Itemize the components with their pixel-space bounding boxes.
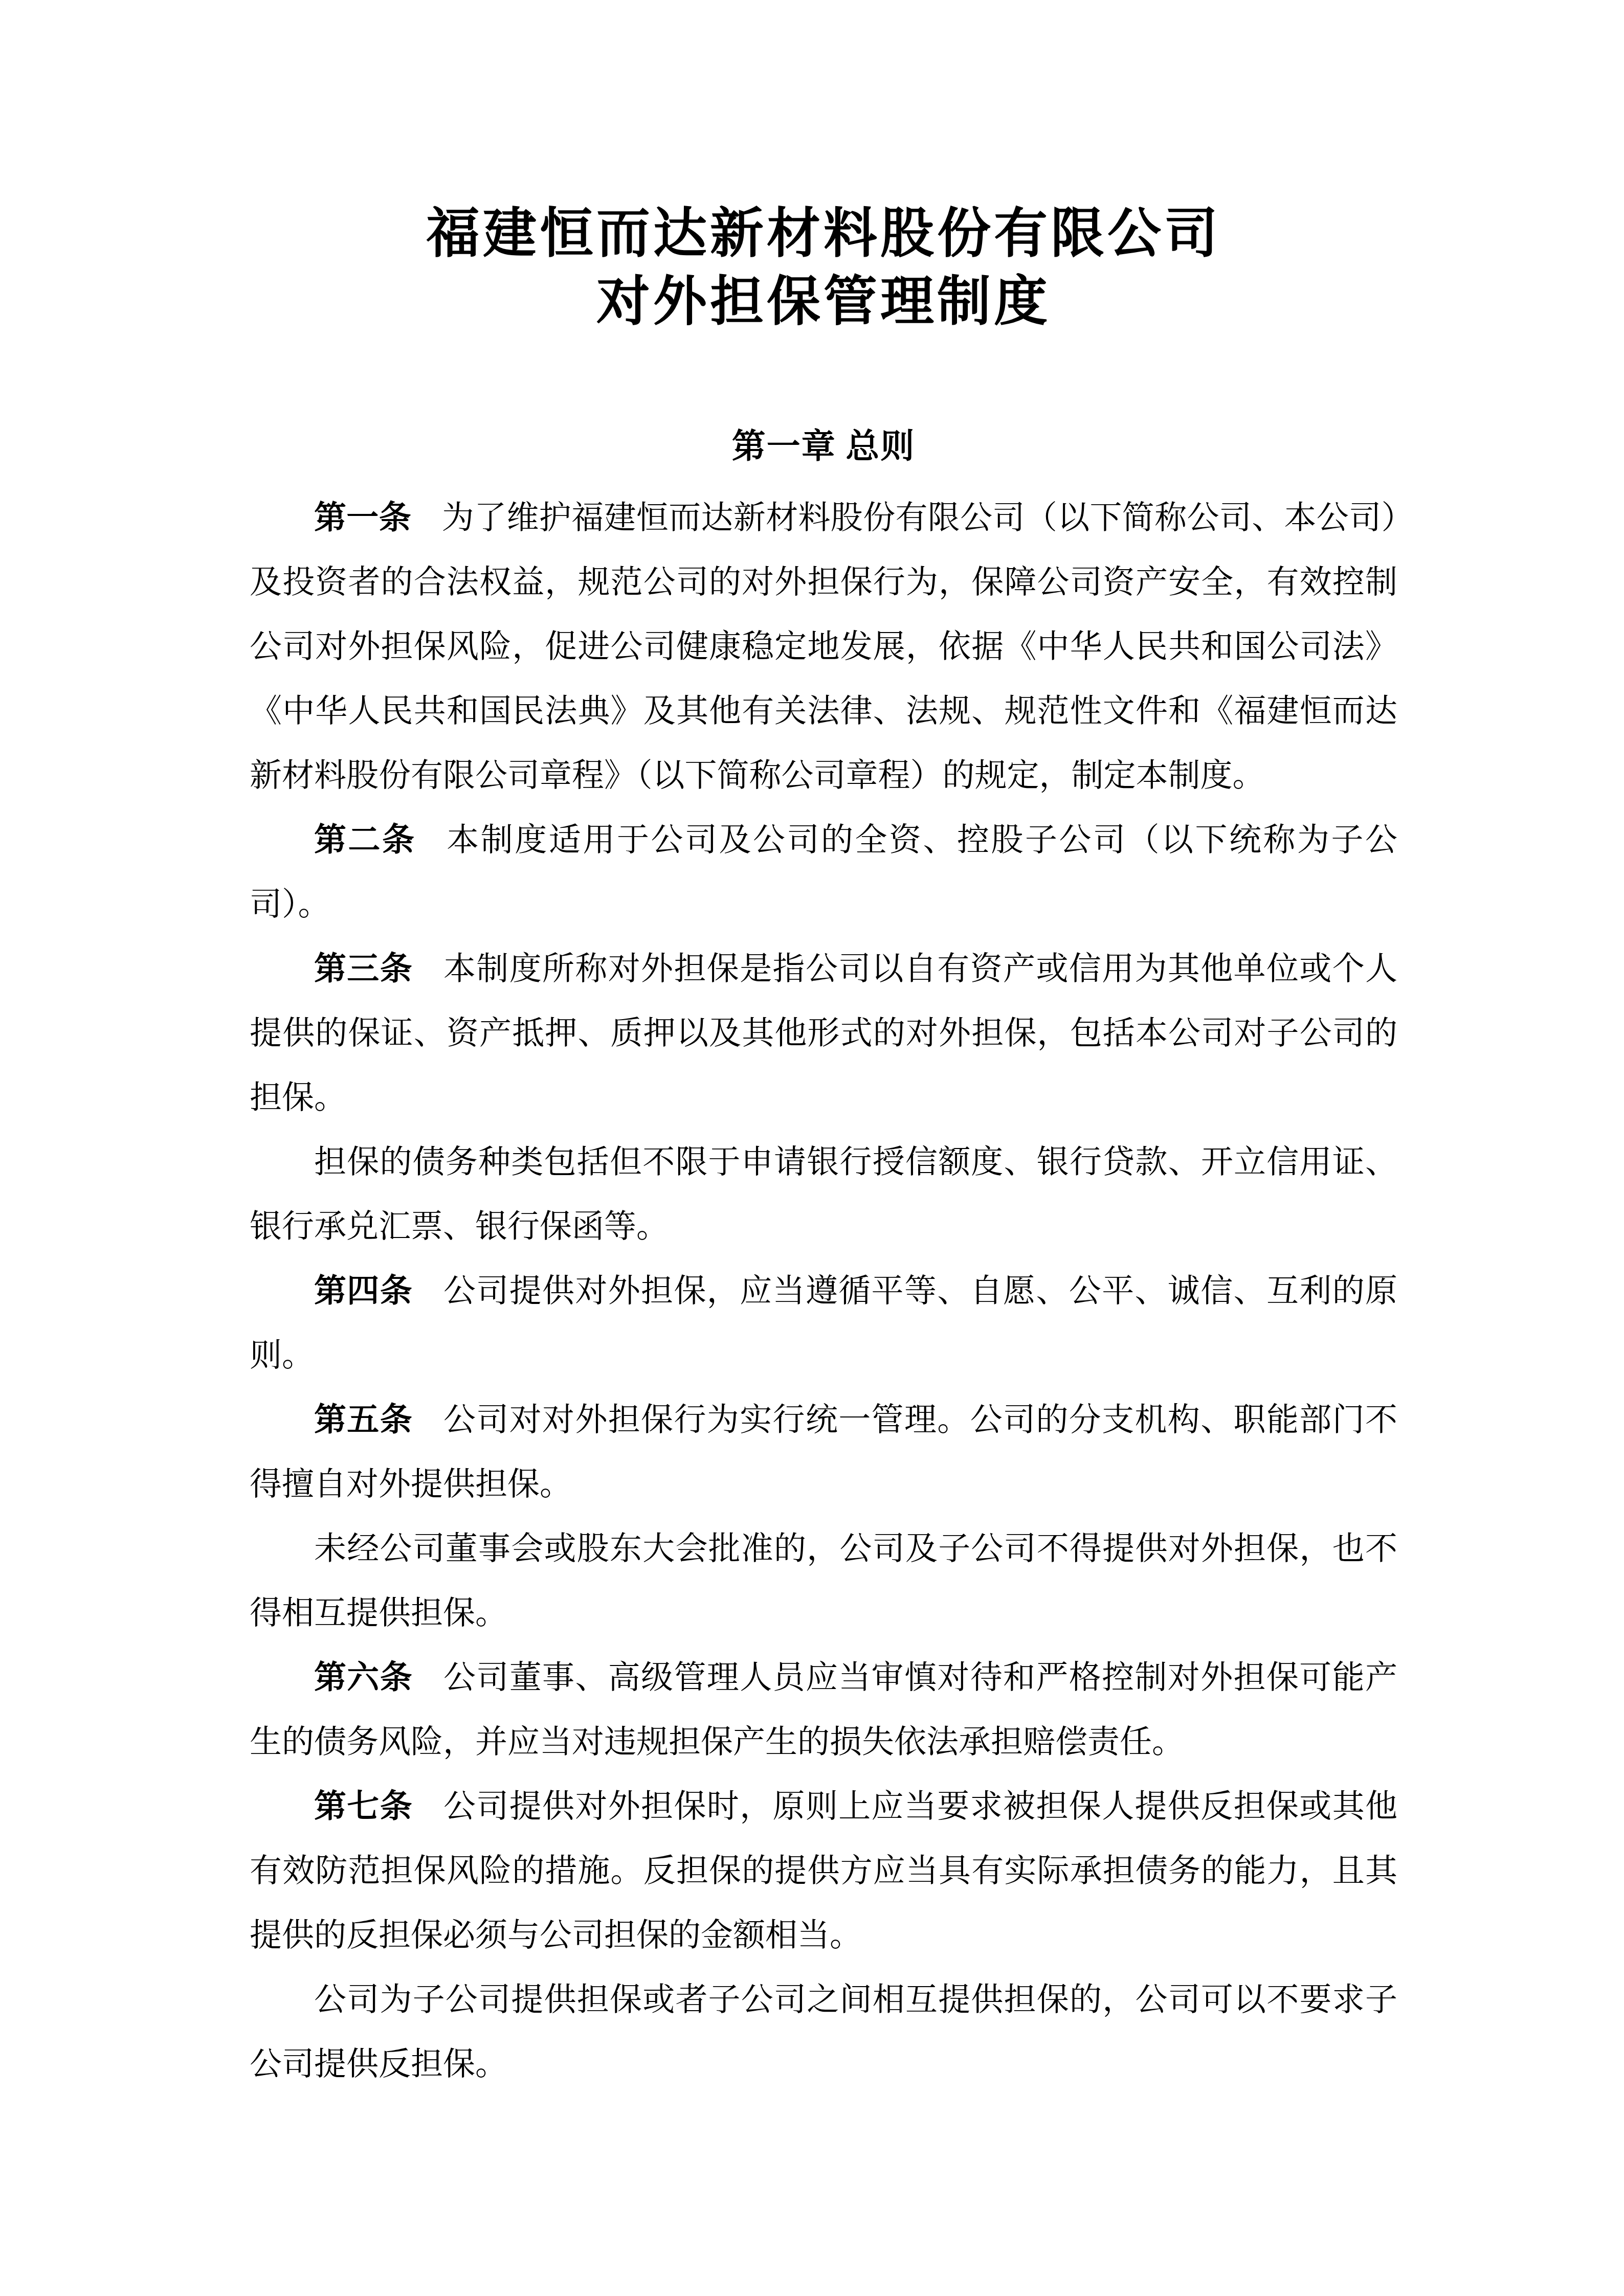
article-text: 公司对对外担保行为实行统一管理。公司的分支机构、职能部门不得擅自对外提供担保。 <box>250 1402 1397 1502</box>
article-text: 为了维护福建恒而达新材料股份有限公司（以下简称公司、本公司）及投资者的合法权益，… <box>250 500 1397 793</box>
article-paragraph: 第五条公司对对外担保行为实行统一管理。公司的分支机构、职能部门不得擅自对外提供担… <box>250 1387 1397 1516</box>
article-paragraph: 公司为子公司提供担保或者子公司之间相互提供担保的，公司可以不要求子公司提供反担保… <box>250 1967 1397 2096</box>
article-number: 第五条 <box>314 1402 413 1437</box>
article-paragraph: 第一条为了维护福建恒而达新材料股份有限公司（以下简称公司、本公司）及投资者的合法… <box>250 485 1397 807</box>
article-text: 公司董事、高级管理人员应当审慎对待和严格控制对外担保可能产生的债务风险，并应当对… <box>250 1659 1397 1760</box>
article-paragraph: 第二条本制度适用于公司及公司的全资、控股子公司（以下统称为子公司）。 <box>250 807 1397 936</box>
chapter-heading: 第一章 总则 <box>250 415 1397 479</box>
article-paragraph: 担保的债务种类包括但不限于申请银行授信额度、银行贷款、开立信用证、银行承兑汇票、… <box>250 1130 1397 1258</box>
article-number: 第六条 <box>314 1659 413 1695</box>
article-text: 公司为子公司提供担保或者子公司之间相互提供担保的，公司可以不要求子公司提供反担保… <box>250 1982 1397 2082</box>
document-page: 福建恒而达新材料股份有限公司 对外担保管理制度 第一章 总则 第一条为了维护福建… <box>0 0 1624 2296</box>
article-text: 本制度所称对外担保是指公司以自有资产或信用为其他单位或个人提供的保证、资产抵押、… <box>250 951 1397 1115</box>
article-number: 第一条 <box>314 500 411 535</box>
article-paragraph: 第四条公司提供对外担保，应当遵循平等、自愿、公平、诚信、互利的原则。 <box>250 1258 1397 1387</box>
article-text: 公司提供对外担保时，原则上应当要求被担保人提供反担保或其他有效防范担保风险的措施… <box>250 1788 1397 1953</box>
article-paragraph: 第七条公司提供对外担保时，原则上应当要求被担保人提供反担保或其他有效防范担保风险… <box>250 1774 1397 1967</box>
document-body: 第一条为了维护福建恒而达新材料股份有限公司（以下简称公司、本公司）及投资者的合法… <box>250 485 1397 2096</box>
article-paragraph: 未经公司董事会或股东大会批准的，公司及子公司不得提供对外担保，也不得相互提供担保… <box>250 1516 1397 1645</box>
article-paragraph: 第三条本制度所称对外担保是指公司以自有资产或信用为其他单位或个人提供的保证、资产… <box>250 936 1397 1130</box>
article-number: 第四条 <box>314 1273 413 1309</box>
article-text: 未经公司董事会或股东大会批准的，公司及子公司不得提供对外担保，也不得相互提供担保… <box>250 1530 1397 1631</box>
article-number: 第二条 <box>314 822 416 858</box>
article-paragraph: 第六条公司董事、高级管理人员应当审慎对待和严格控制对外担保可能产生的债务风险，并… <box>250 1645 1397 1774</box>
article-text: 担保的债务种类包括但不限于申请银行授信额度、银行贷款、开立信用证、银行承兑汇票、… <box>250 1144 1397 1244</box>
article-number: 第七条 <box>314 1788 413 1824</box>
article-number: 第三条 <box>314 951 413 986</box>
document-title: 福建恒而达新材料股份有限公司 对外担保管理制度 <box>250 199 1397 335</box>
article-text: 公司提供对外担保，应当遵循平等、自愿、公平、诚信、互利的原则。 <box>250 1273 1397 1373</box>
document-title-line1: 福建恒而达新材料股份有限公司 <box>250 199 1397 267</box>
article-text: 本制度适用于公司及公司的全资、控股子公司（以下统称为子公司）。 <box>250 822 1397 922</box>
document-title-line2: 对外担保管理制度 <box>250 267 1397 335</box>
